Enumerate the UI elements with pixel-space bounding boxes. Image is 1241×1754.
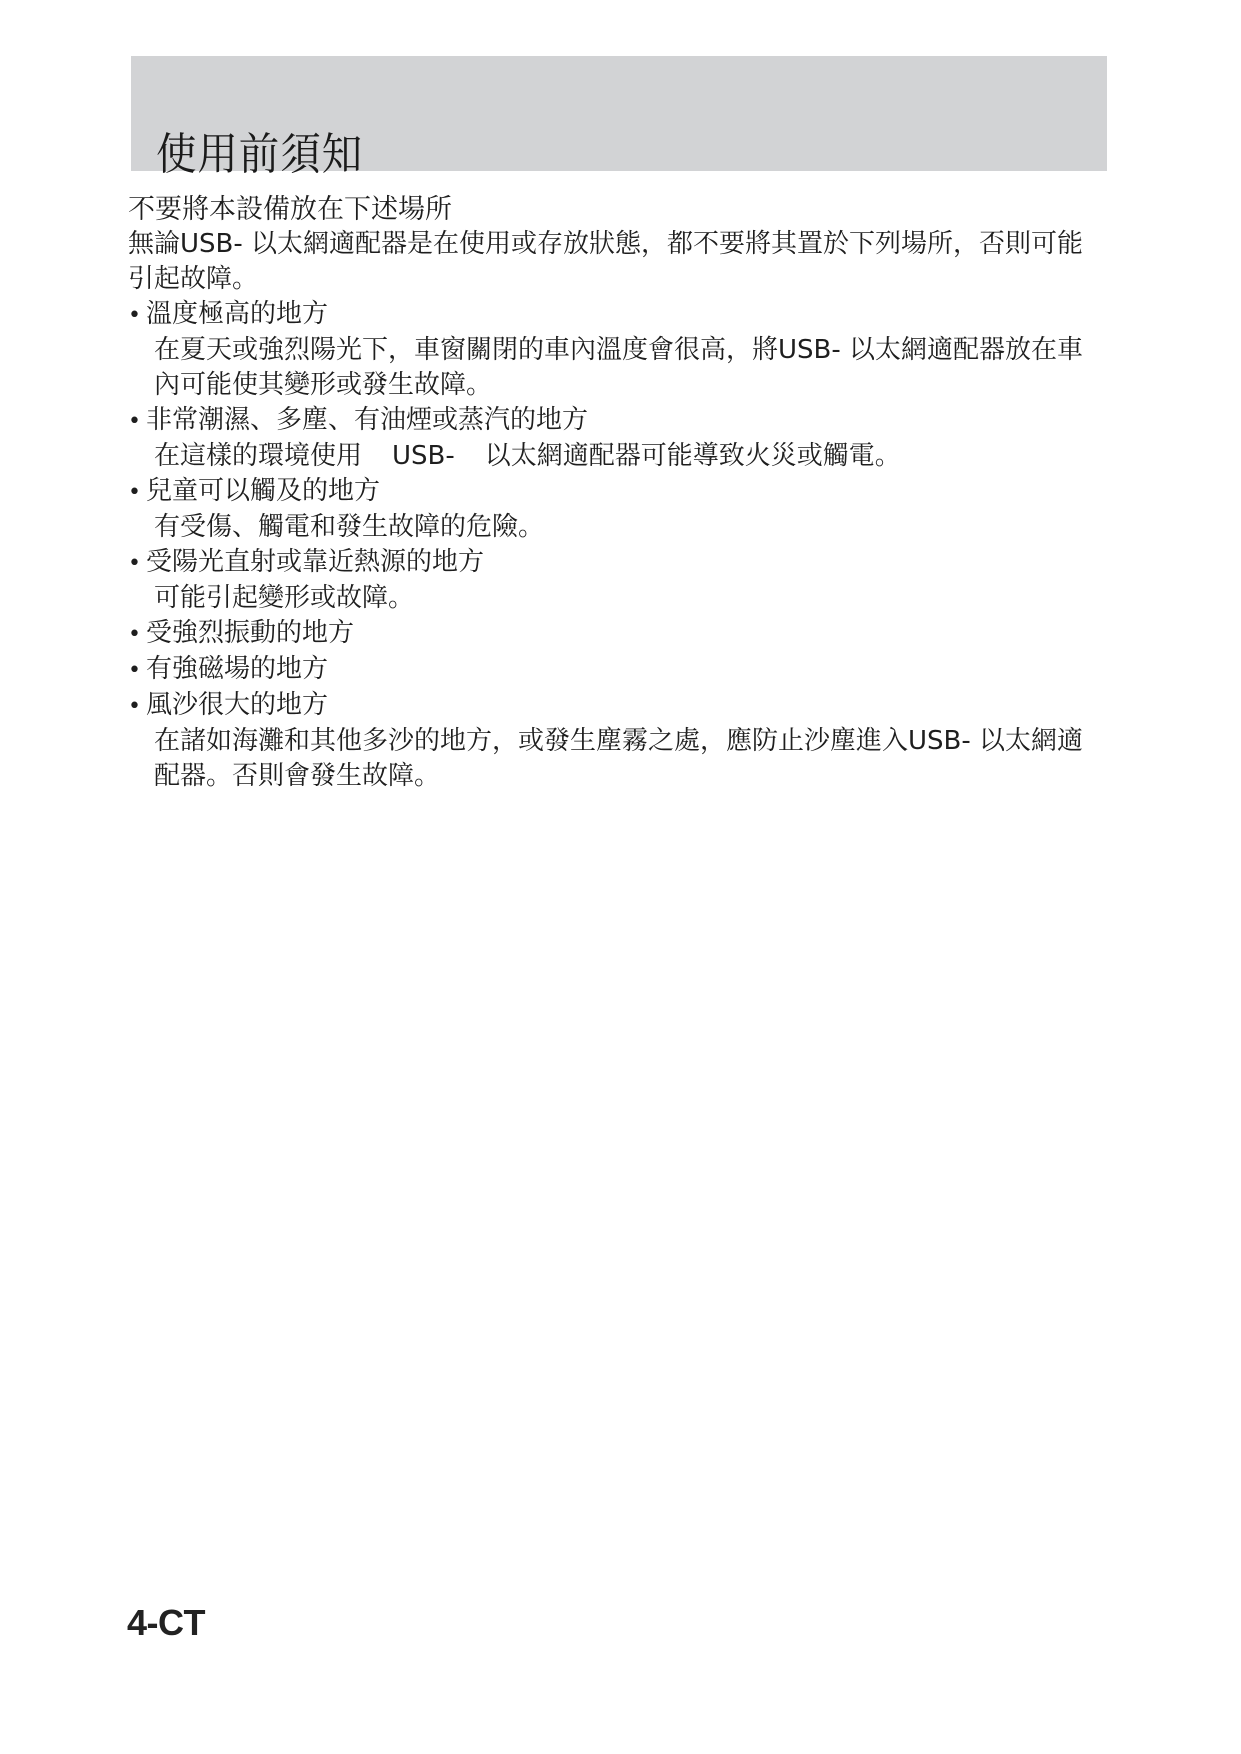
item-description: 在諸如海灘和其他多沙的地方，或發生塵霧之處，應防止沙塵進入USB- 以太網適配器… [128, 724, 1108, 794]
list-item: • 兒童可以觸及的地方 有受傷、觸電和發生故障的危險。 [128, 474, 1108, 545]
list-item: • 非常潮濕、多塵、有油煙或蒸汽的地方 在這樣的環境使用USB-以太網適配器可能… [128, 403, 1108, 474]
item-description-part: 以太網適配器可能導致火災或觸電。 [485, 441, 901, 471]
bullet-icon: • [128, 298, 146, 333]
intro-paragraph: 無論USB- 以太網適配器是在使用或存放狀態，都不要將其置於下列場所，否則可能引… [128, 227, 1108, 297]
main-content: 不要將本設備放在下述場所 無論USB- 以太網適配器是在使用或存放狀態，都不要將… [128, 192, 1108, 794]
item-title: 受強烈振動的地方 [146, 616, 354, 651]
item-title: 有強磁場的地方 [146, 652, 328, 687]
item-title: 溫度極高的地方 [146, 297, 328, 332]
item-title: 受陽光直射或靠近熱源的地方 [146, 545, 484, 580]
item-description: 在這樣的環境使用USB-以太網適配器可能導致火災或觸電。 [128, 439, 1108, 474]
item-title: 兒童可以觸及的地方 [146, 474, 380, 509]
list-item: • 受強烈振動的地方 [128, 616, 1108, 652]
item-title: 非常潮濕、多塵、有油煙或蒸汽的地方 [146, 403, 588, 438]
item-description: 可能引起變形或故障。 [128, 581, 1108, 616]
list-item: • 受陽光直射或靠近熱源的地方 可能引起變形或故障。 [128, 545, 1108, 616]
bullet-icon: • [128, 689, 146, 724]
item-description-part: 在這樣的環境使用 [154, 441, 362, 471]
item-description: 有受傷、觸電和發生故障的危險。 [128, 510, 1108, 545]
bullet-icon: • [128, 404, 146, 439]
location-list: • 溫度極高的地方 在夏天或強烈陽光下，車窗關閉的車內溫度會很高，將USB- 以… [128, 297, 1108, 794]
list-item: • 溫度極高的地方 在夏天或強烈陽光下，車窗關閉的車內溫度會很高，將USB- 以… [128, 297, 1108, 403]
page-title: 使用前須知 [156, 129, 363, 181]
list-item: • 風沙很大的地方 在諸如海灘和其他多沙的地方，或發生塵霧之處，應防止沙塵進入U… [128, 688, 1108, 794]
list-item: • 有強磁場的地方 [128, 652, 1108, 688]
item-description-part: USB- [392, 441, 455, 471]
bullet-icon: • [128, 546, 146, 581]
page-header: 使用前須知 [131, 56, 1107, 171]
bullet-icon: • [128, 475, 146, 510]
bullet-icon: • [128, 617, 146, 652]
page-number: 4-CT [127, 1603, 205, 1643]
section-heading: 不要將本設備放在下述場所 [128, 192, 1108, 227]
bullet-icon: • [128, 653, 146, 688]
item-title: 風沙很大的地方 [146, 688, 328, 723]
item-description: 在夏天或強烈陽光下，車窗關閉的車內溫度會很高，將USB- 以太網適配器放在車內可… [128, 333, 1108, 403]
